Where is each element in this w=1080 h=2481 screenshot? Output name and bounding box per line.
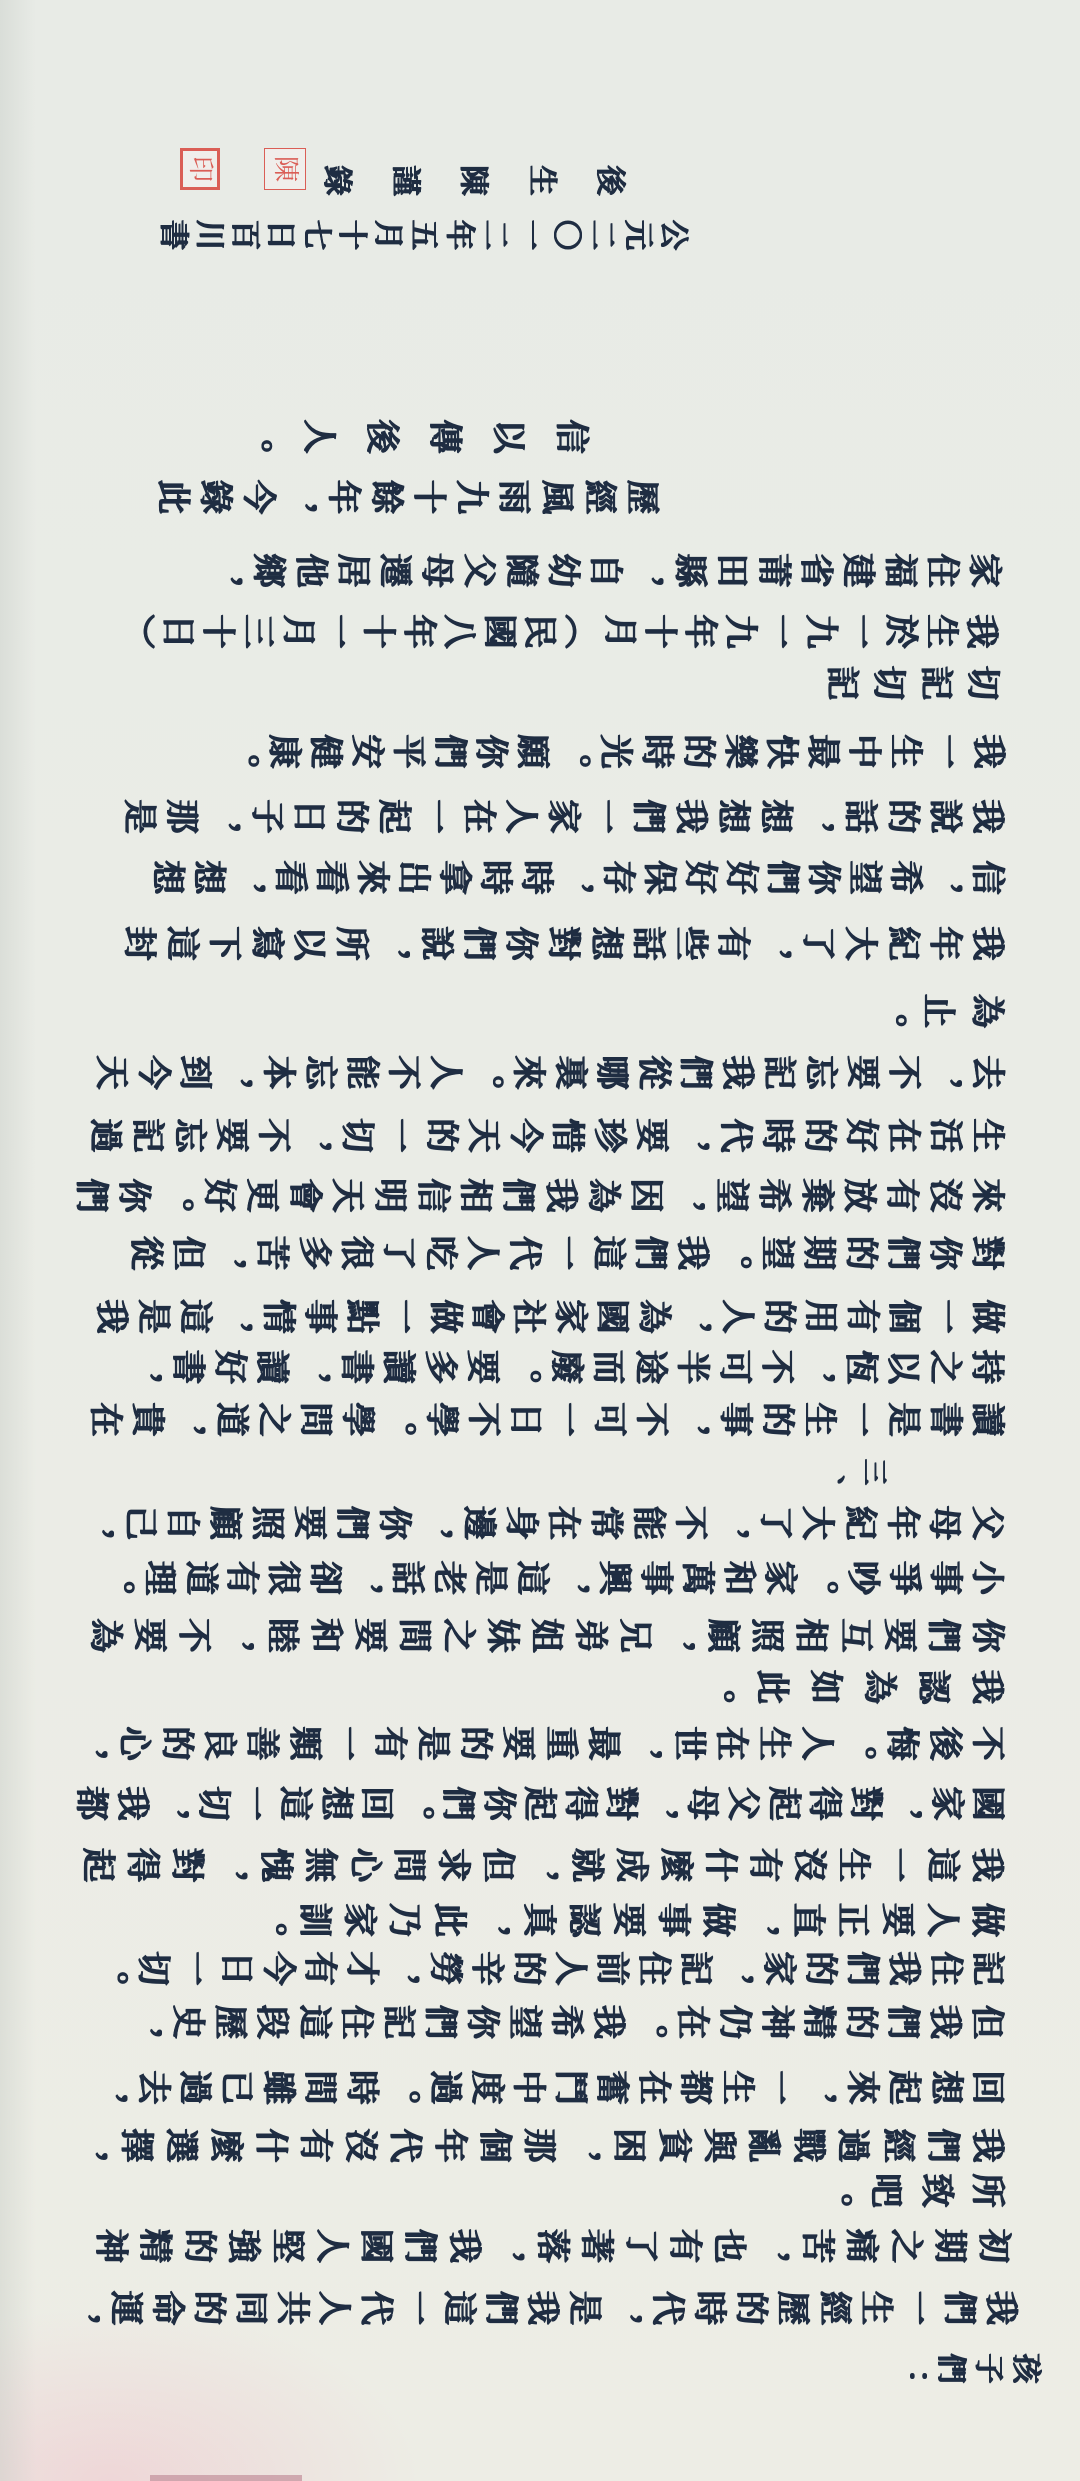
body-column: 所致吧。 [820,2162,1006,2212]
body-column: 我年紀大了，有些話想對你們說，所以寫下這封 [124,915,1006,965]
body-column: 信，希望你們好好保存，時時拿出來看看，想想 [152,849,1006,899]
body-column: 為止。 [875,983,1006,1033]
body-column: 做人要正直，做事要認真，此乃家訓。 [255,1892,1006,1942]
salutation-column: 孩子們： [900,2340,1043,2390]
calligraphy-scroll: 後生陳謹錄 印 陳 公元二〇一二年五月十七日百川書 信以傳後人。 歷經風雨九十餘… [0,0,1080,2481]
body-column: 初期之痛苦，也有了著落，我們國人堅強的精神 [96,2218,1013,2268]
seal-glyph: 陳 [272,156,298,182]
body-column: 我一生中最快樂的時光。願你們平安健康。 [227,723,1007,773]
signature-column: 後生陳謹錄 [324,152,627,202]
body-column: 國家，對得起父母，對得起你們。回想這一切，我都 [76,1775,1006,1825]
seal-glyph: 印 [187,156,213,182]
body-column: 我說的話，想想我們一家人在一起的日子，那是 [124,788,1006,838]
body-column: 但我們的精神仍在。我希望你們記住這段歷史， [131,1994,1006,2044]
postscript-column: 我生於一九一九年十月（民國八年十一月三十日） [122,603,1000,653]
postscript-column: 信以傳後人。 [240,408,590,458]
body-column: 我們一生經歷的時代，是我們這一代人共同的命運， [69,2280,1020,2330]
body-column: 小事爭吵。家和萬事興，這是老話，卻很有道理。 [103,1550,1006,1600]
postscript-column: 家住福建省莆田縣，自幼隨父母遷居他鄉， [211,542,1003,592]
body-column: 你們要互相照顧，兄弟姐妹之間要和睦，不要為 [90,1607,1006,1657]
body-column: 來沒有放棄希望，因為我們相信明天會更好。你們 [76,1167,1006,1217]
body-column: 不後悔。人生在世，最重要的是有一顆善良的心， [76,1715,1006,1765]
seal-stamp-name: 陳 [264,148,306,190]
postscript-column: 歷經風雨九十餘年，今錄此 [158,469,661,519]
body-column: 記住我們的家，記住前人的辛勞，才有今日一切。 [96,1940,1006,1990]
body-column: 父母年紀大了，不能常在身邊，你們要照顧自己， [83,1495,1006,1545]
body-column: 生活在好的時代，要珍惜今天的一切，不要忘記過 [90,1107,1006,1157]
seal-stamp-framed: 印 [180,148,220,190]
mounting-strip [150,2475,302,2481]
date-column: 公元二〇一二年五月十七日百川書 [160,206,690,256]
body-column: 做一個有用的人，為國家社會做一點事情，這是我 [96,1288,1006,1338]
paper-edge-shadow [0,0,36,2481]
body-column: 回想起來，一生都在奮鬥中度過。時間雖已過去， [96,2059,1006,2109]
body-column: 去，不要忘記我們從哪裏來。人不能忘本，到今天 [96,1044,1006,1094]
body-column: 我這一生沒有什麼成就，但求問心無愧，對得起 [83,1837,1006,1887]
body-column: 三、 [820,1445,889,1495]
body-column: 對你們的期望。我們這一代人吃了很多苦，但從 [131,1225,1006,1275]
body-column: 持之以恆，不可半途而廢。要多讀書，讀好書， [131,1339,1006,1389]
body-column: 我們經過戰亂與貧困，那個年代沒有什麼選擇， [76,2117,1006,2167]
closing-column: 切記切記 [827,655,1002,705]
body-column: 讀書是一生的事，不可一日不學。學問之道，貴在 [90,1391,1006,1441]
body-column: 我認為如此。 [703,1659,1006,1709]
